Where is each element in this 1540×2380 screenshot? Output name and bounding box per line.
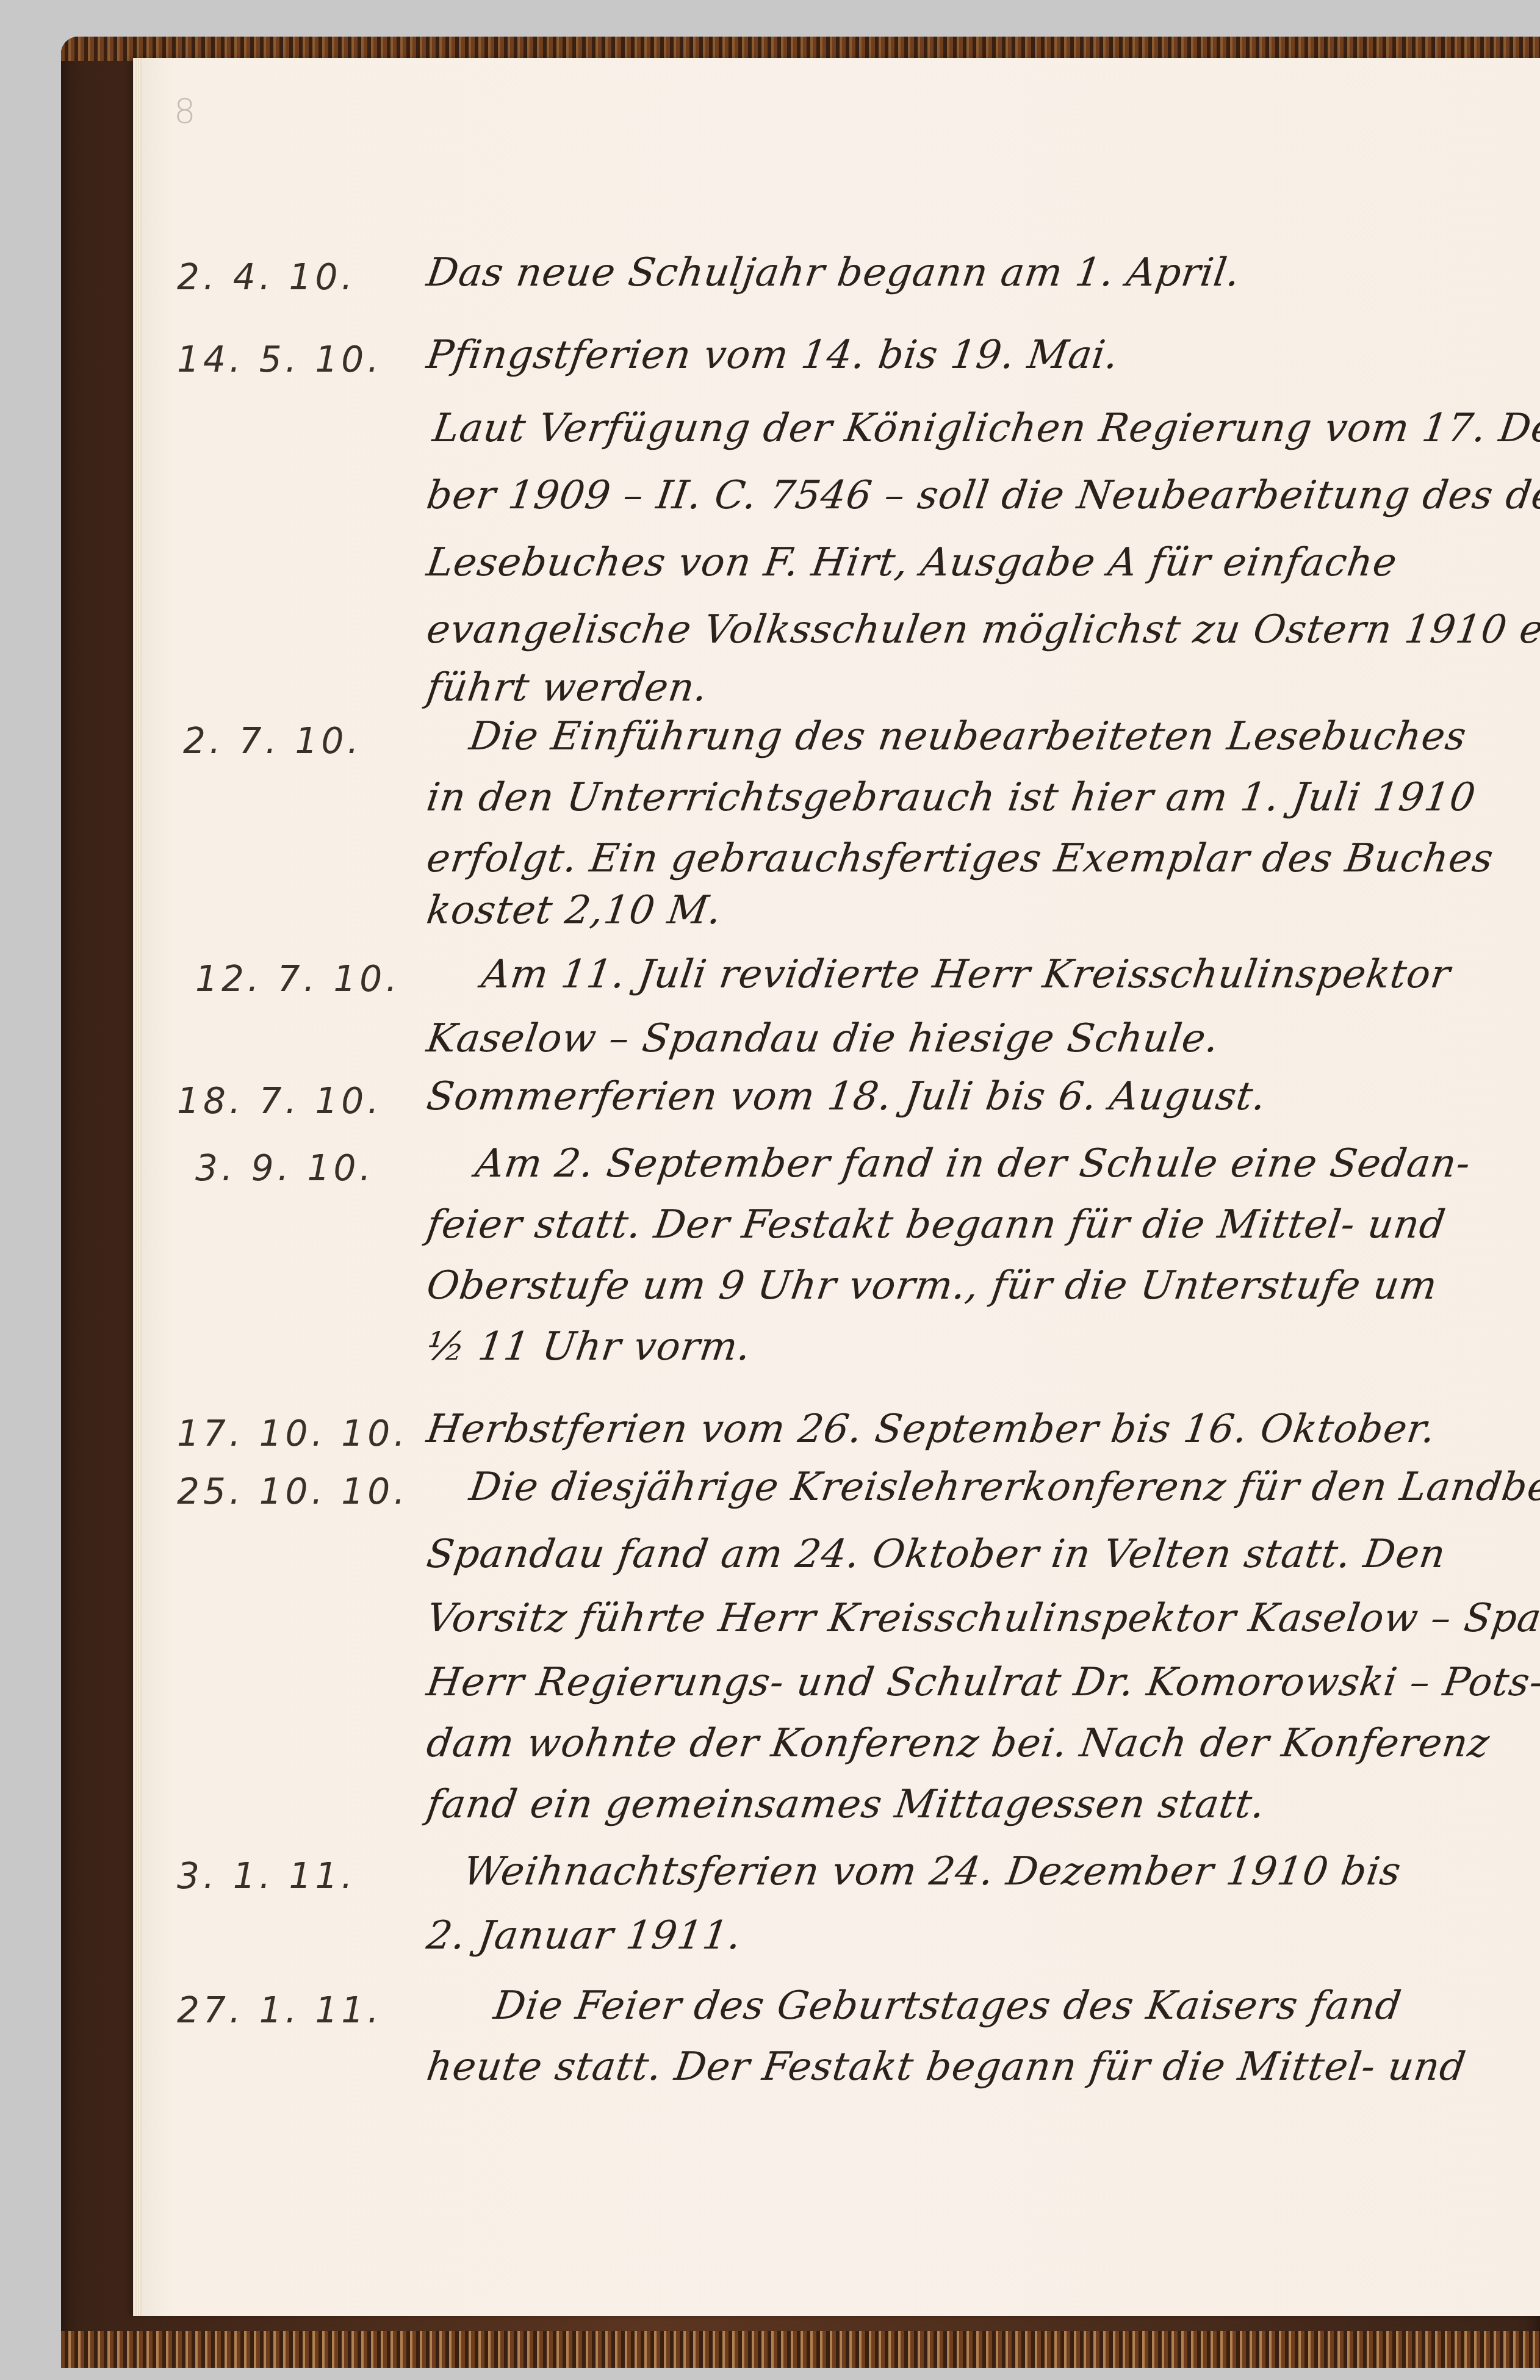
entry-line: feier statt. Der Festakt begann für die … bbox=[424, 1202, 1448, 1247]
entry-line: ½ 11 Uhr vorm. bbox=[424, 1324, 754, 1369]
entry-line: dam wohnte der Konferenz bei. Nach der K… bbox=[424, 1721, 1492, 1766]
entry-date: 2. 7. 10. bbox=[183, 720, 362, 762]
entry-date: 17. 10. 10. bbox=[177, 1413, 409, 1454]
entry-line: Das neue Schuljahr begann am 1. April. bbox=[424, 250, 1243, 295]
entry-date: 27. 1. 11. bbox=[177, 1989, 383, 2031]
entry-line: 2. Januar 1911. bbox=[424, 1913, 744, 1958]
entry-line: Herr Regierungs- und Schulrat Dr. Komoro… bbox=[424, 1660, 1540, 1705]
entry-line: ber 1909 – II. C. 7546 – soll die Neubea… bbox=[424, 473, 1540, 518]
entry-date: 25. 10. 10. bbox=[177, 1471, 409, 1512]
entry-line: führt werden. bbox=[424, 665, 711, 710]
entry-date: 12. 7. 10. bbox=[195, 958, 401, 1000]
entry-line: fand ein gemeinsames Mittagessen statt. bbox=[424, 1782, 1268, 1827]
entry-date: 18. 7. 10. bbox=[177, 1080, 383, 1122]
entry-line: Weihnachtsferien vom 24. Dezember 1910 b… bbox=[461, 1849, 1404, 1894]
entry-date: 14. 5. 10. bbox=[177, 339, 383, 380]
entry-line: in den Unterrichtsgebrauch ist hier am 1… bbox=[424, 775, 1479, 820]
entry-date: 3. 1. 11. bbox=[177, 1855, 356, 1897]
entry-line: Die Feier des Geburtstages des Kaisers f… bbox=[491, 1983, 1405, 2028]
entry-line: heute statt. Der Festakt begann für die … bbox=[424, 2044, 1469, 2090]
chronicle-entries: 2. 4. 10. Das neue Schuljahr begann am 1… bbox=[0, 0, 1540, 2380]
entry-line: Oberstufe um 9 Uhr vorm., für die Unters… bbox=[424, 1263, 1441, 1308]
entry-line: Spandau fand am 24. Oktober in Velten st… bbox=[424, 1532, 1448, 1577]
entry-line: Am 2. September fand in der Schule eine … bbox=[473, 1141, 1473, 1186]
entry-line: Laut Verfügung der Königlichen Regierung… bbox=[430, 406, 1540, 451]
entry-date: 3. 9. 10. bbox=[195, 1147, 375, 1189]
entry-line: Lesebuches von F. Hirt, Ausgabe A für ei… bbox=[424, 540, 1400, 585]
entry-line: Pfingstferien vom 14. bis 19. Mai. bbox=[424, 333, 1122, 378]
entry-line: erfolgt. Ein gebrauchsfertiges Exemplar … bbox=[424, 836, 1497, 881]
entry-line: Die Einführung des neubearbeiteten Leseb… bbox=[467, 714, 1469, 759]
entry-line: Am 11. Juli revidierte Herr Kreisschulin… bbox=[479, 952, 1453, 997]
entry-line: Herbstferien vom 26. September bis 16. O… bbox=[424, 1407, 1439, 1452]
entry-line: kostet 2,10 M. bbox=[424, 888, 725, 933]
entry-line: evangelische Volksschulen möglichst zu O… bbox=[424, 607, 1540, 652]
entry-line: Kaselow – Spandau die hiesige Schule. bbox=[424, 1016, 1222, 1061]
entry-date: 2. 4. 10. bbox=[177, 256, 356, 298]
entry-line: Vorsitz führte Herr Kreisschulinspektor … bbox=[424, 1596, 1540, 1641]
entry-line: Sommerferien vom 18. Juli bis 6. August. bbox=[424, 1074, 1269, 1119]
entry-line: Die diesjährige Kreislehrerkonferenz für… bbox=[467, 1465, 1540, 1510]
